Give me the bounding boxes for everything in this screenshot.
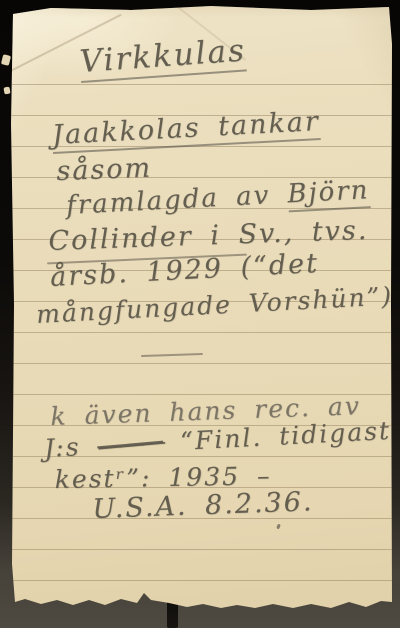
handwriting-title: Virkkulas xyxy=(78,32,247,80)
photo-background: Virkkulas Jaakkolas tankar såsom framlag… xyxy=(0,0,400,628)
line-text: J:s xyxy=(43,431,98,463)
handwriting-line: Jaakkolas tankar xyxy=(51,106,320,151)
line-text: Collinder i Sv., tvs. xyxy=(48,215,369,257)
line-text: U.S.A. 8.2.36. xyxy=(92,486,314,525)
underlined-name: Björn xyxy=(287,175,371,212)
torn-paper-speck xyxy=(3,87,10,95)
line-text: framlagda av xyxy=(65,179,288,221)
title-underlined-text: Virkkulas xyxy=(78,32,247,83)
note-paper: Virkkulas Jaakkolas tankar såsom framlag… xyxy=(11,4,392,608)
handwriting-line: Collinder i Sv., tvs. xyxy=(48,215,369,257)
line-text: såsom xyxy=(56,153,153,187)
pencil-dot xyxy=(276,524,281,530)
handwriting-date-line: U.S.A. 8.2.36. xyxy=(92,486,314,525)
torn-paper-speck xyxy=(1,54,11,66)
crossed-out-word: ——— xyxy=(96,427,164,462)
handwriting-line: såsom xyxy=(56,153,153,187)
line-text: Jaakkolas tankar xyxy=(51,106,320,154)
pencil-dash-stroke xyxy=(141,353,203,357)
